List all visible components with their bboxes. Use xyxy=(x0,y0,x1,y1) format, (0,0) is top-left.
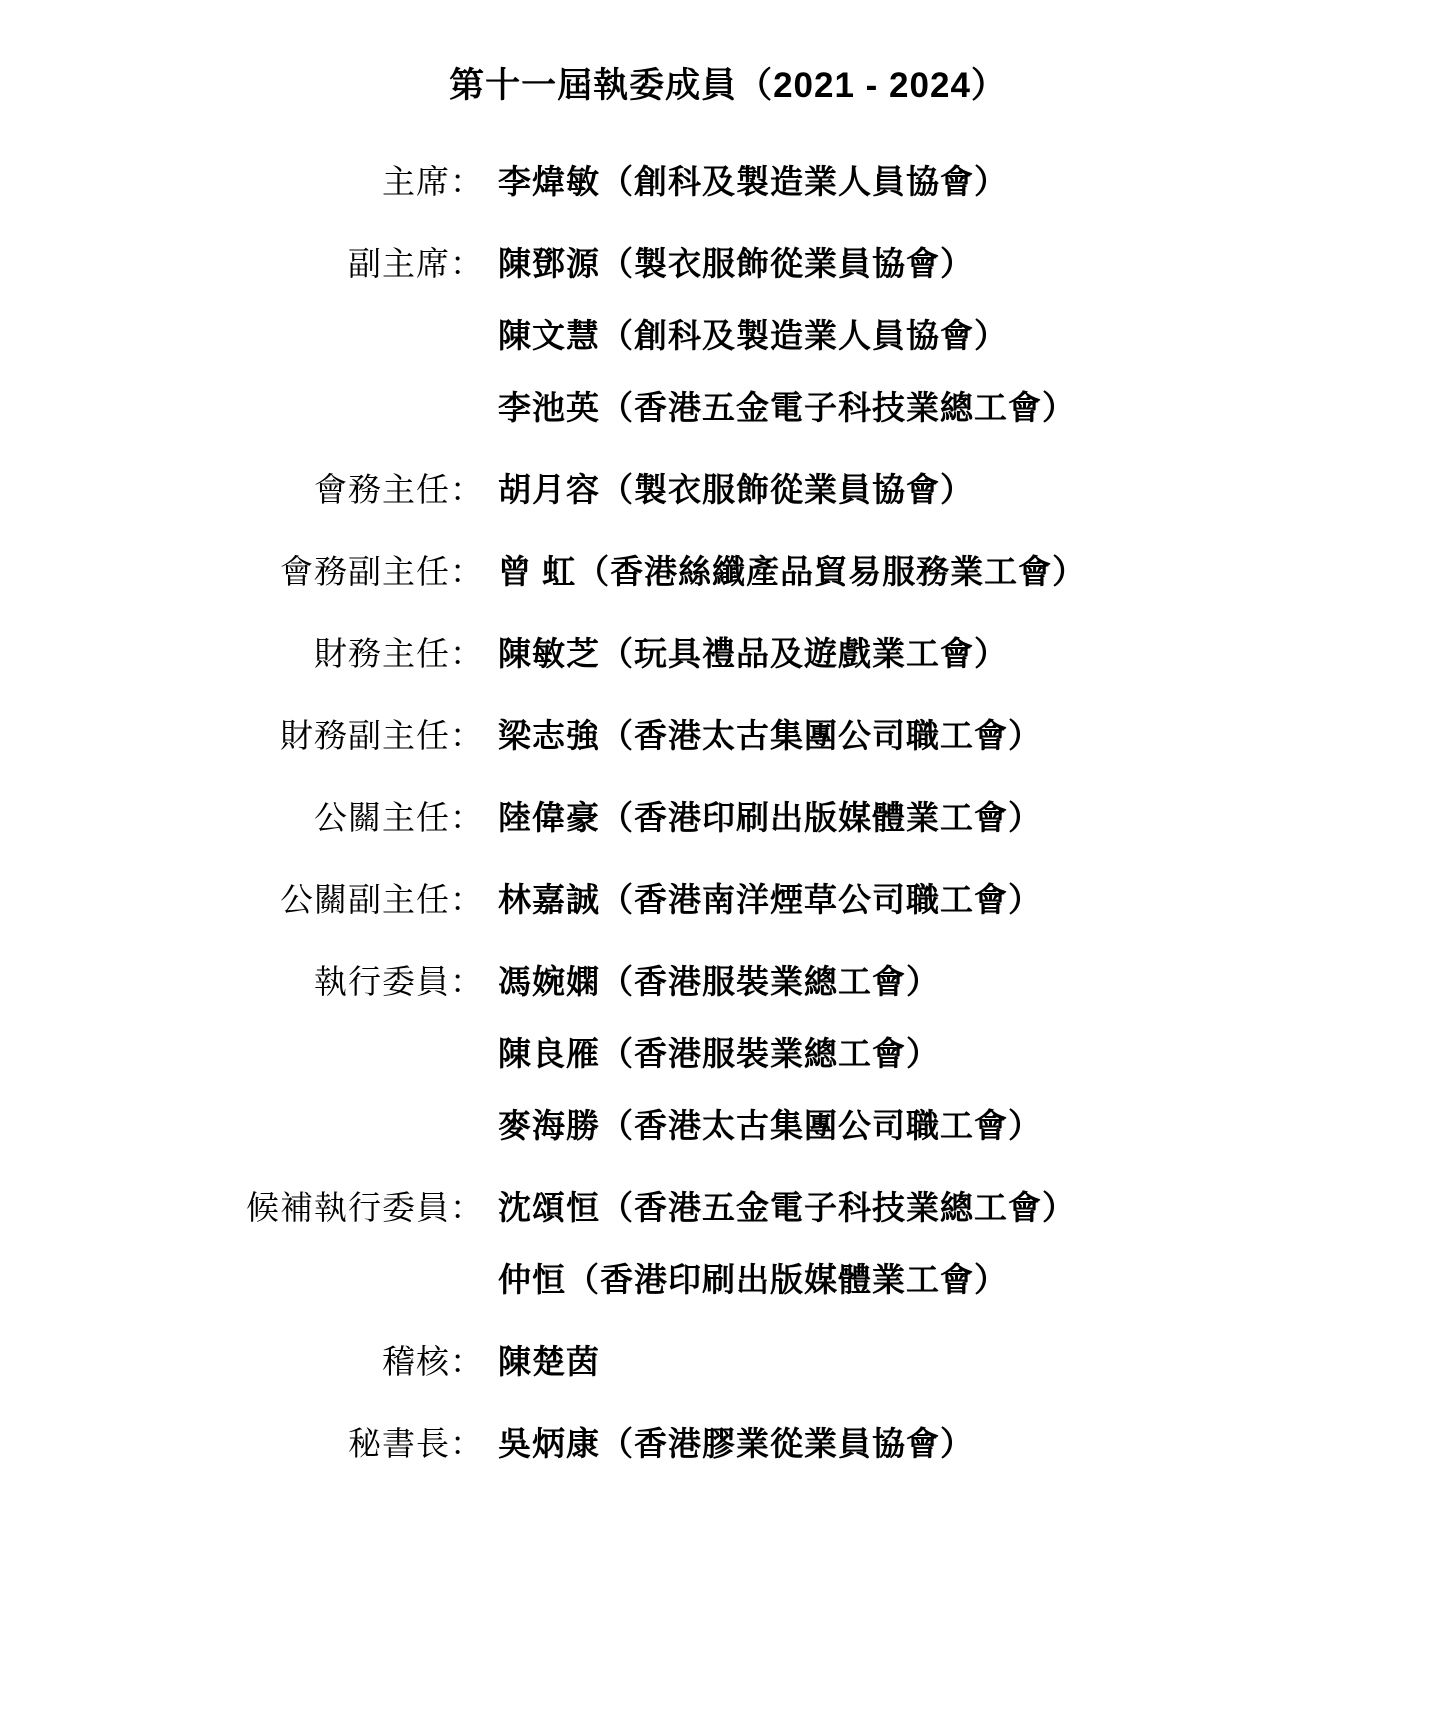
member-entries: 曾 虹（香港絲纖產品貿易服務業工會） xyxy=(498,536,1456,608)
role-label: 執行委員： xyxy=(0,946,484,1018)
role-label: 會務副主任： xyxy=(0,536,484,608)
member-entry: 梁志強（香港太古集團公司職工會） xyxy=(498,700,1456,772)
member-row: 秘書長：吳炳康（香港膠業從業員協會） xyxy=(0,1408,1456,1480)
member-entry: 陳文慧（創科及製造業人員協會） xyxy=(498,300,1456,372)
member-row: 執行委員：馮婉嫻（香港服裝業總工會）陳良雁（香港服裝業總工會）麥海勝（香港太古集… xyxy=(0,946,1456,1162)
member-entry: 沈頌恒（香港五金電子科技業總工會） xyxy=(498,1172,1456,1244)
member-entries: 李煒敏（創科及製造業人員協會） xyxy=(498,146,1456,218)
member-entry: 李池英（香港五金電子科技業總工會） xyxy=(498,372,1456,444)
member-entry: 陳敏芝（玩具禮品及遊戲業工會） xyxy=(498,618,1456,690)
role-label: 財務副主任： xyxy=(0,700,484,772)
role-label: 秘書長： xyxy=(0,1408,484,1480)
member-entries: 沈頌恒（香港五金電子科技業總工會）仲恒（香港印刷出版媒體業工會） xyxy=(498,1172,1456,1316)
member-row: 公關主任：陸偉豪（香港印刷出版媒體業工會） xyxy=(0,782,1456,854)
member-entries: 陳楚茵 xyxy=(498,1326,1456,1398)
member-entries: 胡月容（製衣服飾從業員協會） xyxy=(498,454,1456,526)
member-entry: 陳良雁（香港服裝業總工會） xyxy=(498,1018,1456,1090)
member-row: 公關副主任：林嘉誠（香港南洋煙草公司職工會） xyxy=(0,864,1456,936)
role-label: 財務主任： xyxy=(0,618,484,690)
member-row: 稽核：陳楚茵 xyxy=(0,1326,1456,1398)
role-label: 候補執行委員： xyxy=(0,1172,484,1244)
role-label: 主席： xyxy=(0,146,484,218)
role-label: 公關主任： xyxy=(0,782,484,854)
member-entry: 麥海勝（香港太古集團公司職工會） xyxy=(498,1090,1456,1162)
member-entries: 吳炳康（香港膠業從業員協會） xyxy=(498,1408,1456,1480)
role-label: 稽核： xyxy=(0,1326,484,1398)
member-row: 會務副主任：曾 虹（香港絲纖產品貿易服務業工會） xyxy=(0,536,1456,608)
document-page: 第十一屆執委成員（2021 - 2024） 主席：李煒敏（創科及製造業人員協會）… xyxy=(0,0,1456,1710)
member-row: 財務主任：陳敏芝（玩具禮品及遊戲業工會） xyxy=(0,618,1456,690)
member-entry: 曾 虹（香港絲纖產品貿易服務業工會） xyxy=(498,536,1456,608)
member-entry: 陳鄧源（製衣服飾從業員協會） xyxy=(498,228,1456,300)
member-entry: 陳楚茵 xyxy=(498,1326,1456,1398)
member-row: 會務主任：胡月容（製衣服飾從業員協會） xyxy=(0,454,1456,526)
member-list: 主席：李煒敏（創科及製造業人員協會）副主席：陳鄧源（製衣服飾從業員協會）陳文慧（… xyxy=(0,146,1456,1480)
member-entries: 陳敏芝（玩具禮品及遊戲業工會） xyxy=(498,618,1456,690)
member-entries: 林嘉誠（香港南洋煙草公司職工會） xyxy=(498,864,1456,936)
member-row: 候補執行委員：沈頌恒（香港五金電子科技業總工會）仲恒（香港印刷出版媒體業工會） xyxy=(0,1172,1456,1316)
member-entries: 馮婉嫻（香港服裝業總工會）陳良雁（香港服裝業總工會）麥海勝（香港太古集團公司職工… xyxy=(498,946,1456,1162)
member-entry: 胡月容（製衣服飾從業員協會） xyxy=(498,454,1456,526)
member-entry: 馮婉嫻（香港服裝業總工會） xyxy=(498,946,1456,1018)
role-label: 公關副主任： xyxy=(0,864,484,936)
role-label: 副主席： xyxy=(0,228,484,300)
member-entries: 梁志強（香港太古集團公司職工會） xyxy=(498,700,1456,772)
member-row: 財務副主任：梁志強（香港太古集團公司職工會） xyxy=(0,700,1456,772)
member-entry: 林嘉誠（香港南洋煙草公司職工會） xyxy=(498,864,1456,936)
page-title: 第十一屆執委成員（2021 - 2024） xyxy=(0,62,1456,110)
member-row: 主席：李煒敏（創科及製造業人員協會） xyxy=(0,146,1456,218)
member-entries: 陸偉豪（香港印刷出版媒體業工會） xyxy=(498,782,1456,854)
member-entry: 仲恒（香港印刷出版媒體業工會） xyxy=(498,1244,1456,1316)
member-entry: 陸偉豪（香港印刷出版媒體業工會） xyxy=(498,782,1456,854)
member-entries: 陳鄧源（製衣服飾從業員協會）陳文慧（創科及製造業人員協會）李池英（香港五金電子科… xyxy=(498,228,1456,444)
member-entry: 李煒敏（創科及製造業人員協會） xyxy=(498,146,1456,218)
member-row: 副主席：陳鄧源（製衣服飾從業員協會）陳文慧（創科及製造業人員協會）李池英（香港五… xyxy=(0,228,1456,444)
role-label: 會務主任： xyxy=(0,454,484,526)
member-entry: 吳炳康（香港膠業從業員協會） xyxy=(498,1408,1456,1480)
